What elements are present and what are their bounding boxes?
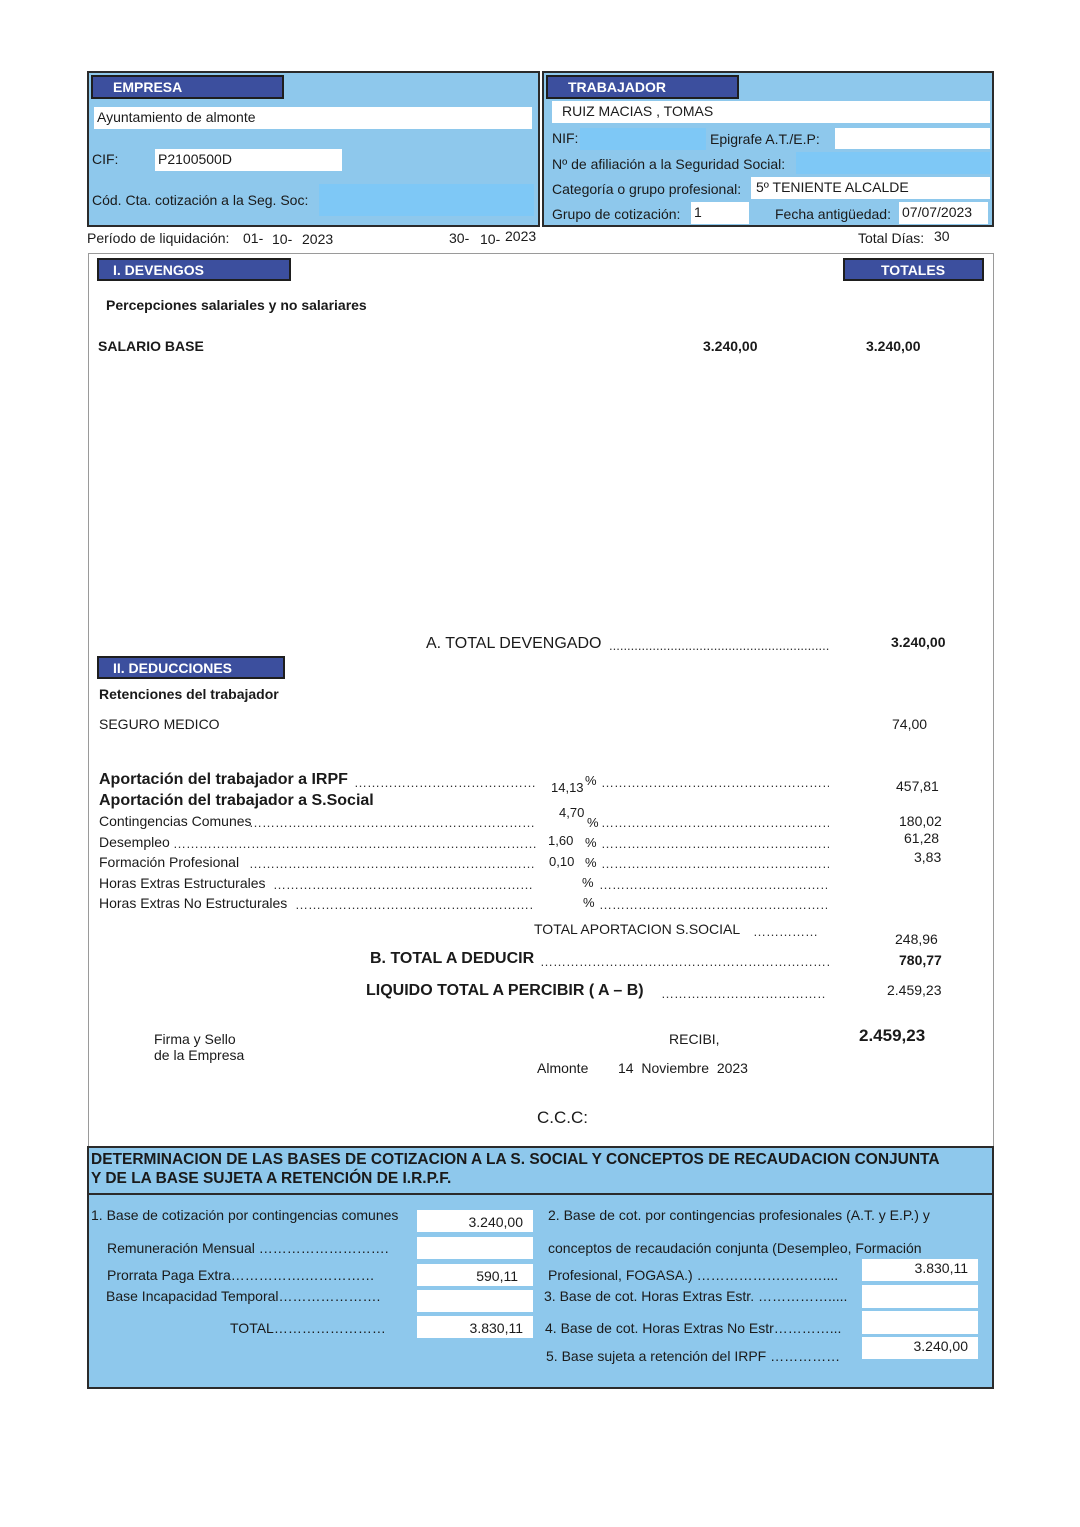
base-total-value[interactable]: 3.830,11	[417, 1316, 533, 1338]
ss-row-concept: Horas Extras Estructurales	[99, 875, 266, 891]
total-devengado-value: 3.240,00	[891, 634, 946, 650]
periodo-from-day: 01-	[243, 230, 263, 246]
total-deducir-value: 780,77	[899, 952, 942, 968]
ccc-bank-label: C.C.C:	[537, 1108, 588, 1128]
ss-row-dots: ……………………………………………………	[601, 856, 829, 871]
trabajador-panel: TRABAJADOR RUIZ MACIAS , TOMAS NIF: Epig…	[542, 71, 994, 227]
bases-title-line1: DETERMINACION DE LAS BASES DE COTIZACION…	[91, 1151, 940, 1169]
ss-row-concept: Formación Profesional	[99, 854, 239, 870]
total-deducir-label: B. TOTAL A DEDUCIR	[370, 950, 534, 968]
base-4-value[interactable]	[862, 1311, 978, 1334]
liquido-value: 2.459,23	[887, 982, 942, 998]
remuneracion-value[interactable]	[417, 1237, 533, 1259]
antiguedad-field[interactable]: 07/07/2023	[899, 202, 988, 224]
periodo-label: Período de liquidación:	[87, 230, 229, 246]
total-devengado-label: A. TOTAL DEVENGADO	[426, 635, 601, 653]
empresa-panel: EMPRESA Ayuntamiento de almonte CIF: P21…	[87, 71, 540, 227]
categoria-field[interactable]: 5º TENIENTE ALCALDE	[751, 177, 990, 199]
ss-row-dots: ……………………………………………………………	[273, 877, 533, 892]
ss-row-dots: ……………………………………………………………………………………	[173, 836, 536, 851]
epigrafe-field[interactable]	[835, 128, 990, 149]
recibi-amount: 2.459,23	[859, 1026, 925, 1046]
epigrafe-label: Epigrafe A.T./E.P:	[710, 131, 820, 147]
ss-row-dots: …………………………………………………………………	[249, 856, 536, 871]
firma-date: 14 Noviembre 2023	[618, 1060, 748, 1076]
afiliacion-label: Nº de afiliación a la Seguridad Social:	[552, 156, 785, 172]
firma-place: Almonte	[537, 1060, 588, 1076]
liquido-label: LIQUIDO TOTAL A PERCIBIR ( A – B)	[366, 982, 644, 1000]
nif-field[interactable]	[580, 128, 706, 150]
total-dias-label: Total Días:	[858, 230, 924, 246]
periodo-from-month: 10-	[272, 231, 292, 247]
bases-title-line2: Y DE LA BASE SUJETA A RETENCIÓN DE I.R.P…	[91, 1170, 451, 1188]
ss-row-pct-sign: %	[585, 855, 597, 870]
worker-name-field[interactable]: RUIZ MACIAS , TOMAS	[552, 101, 990, 123]
devengos-header: I. DEVENGOS	[97, 258, 291, 281]
prorrata-value[interactable]: 590,11	[417, 1264, 533, 1286]
ss-row-concept: Horas Extras No Estructurales	[99, 895, 287, 911]
ss-row-dots: ………………………………………………………	[295, 897, 533, 912]
ccc-field[interactable]	[319, 184, 534, 216]
periodo-to-year: 2023	[505, 228, 536, 244]
ss-row-pct-sign: %	[585, 835, 597, 850]
total-ss-value: 248,96	[895, 931, 938, 947]
base-1-value[interactable]: 3.240,00	[417, 1210, 533, 1232]
bases-divider	[89, 1193, 994, 1195]
recibi-label: RECIBI,	[669, 1031, 720, 1047]
deducciones-subtitle: Retenciones del trabajador	[99, 686, 279, 702]
firma-line2: de la Empresa	[154, 1047, 244, 1063]
base-2-line3: Profesional, FOGASA.) ………………………....	[548, 1267, 838, 1283]
grupo-label: Grupo de cotización:	[552, 206, 680, 222]
antiguedad-label: Fecha antigüedad:	[775, 206, 891, 222]
base-3-label: 3. Base de cot. Horas Extras Estr. ………………	[544, 1288, 847, 1304]
ss-label: Aportación del trabajador a S.Social	[99, 792, 374, 810]
ss-row-amount: 61,28	[904, 830, 939, 846]
cif-label: CIF:	[92, 151, 118, 167]
base-total-label: TOTAL……………………	[230, 1320, 386, 1336]
base-2-value[interactable]: 3.830,11	[862, 1259, 978, 1281]
base-4-label: 4. Base de cot. Horas Extras No Estr……………	[545, 1320, 841, 1336]
ss-row-concept: Desempleo	[99, 834, 170, 850]
base-3-value[interactable]	[862, 1285, 978, 1308]
grupo-field[interactable]: 1	[691, 202, 749, 224]
totales-header: TOTALES	[843, 258, 984, 281]
periodo-from-year: 2023	[302, 231, 333, 247]
bases-panel: DETERMINACION DE LAS BASES DE COTIZACION…	[87, 1146, 994, 1389]
ss-row-pct: 1,60	[548, 833, 573, 848]
empresa-header: EMPRESA	[91, 75, 284, 99]
cif-field[interactable]: P2100500D	[155, 149, 342, 171]
total-dias-value: 30	[934, 228, 950, 244]
base-5-label: 5. Base sujeta a retención del IRPF ……………	[546, 1348, 840, 1364]
base-5-value[interactable]: 3.240,00	[862, 1337, 978, 1359]
irpf-pct-sign: %	[585, 773, 597, 788]
incapacidad-value[interactable]	[417, 1290, 533, 1312]
payslip-body: I. DEVENGOS TOTALES Percepciones salaria…	[88, 253, 994, 1147]
irpf-pct: 14,13	[551, 780, 584, 795]
deduccion-concept: SEGURO MEDICO	[99, 716, 220, 732]
ss-row-dots: ……………………………………………………	[601, 836, 829, 851]
periodo-to-day: 30-	[449, 230, 469, 246]
ss-row-pct-sign: %	[582, 875, 594, 890]
ss-row-dots: ……………………………………………………	[599, 897, 827, 912]
deduccion-amount: 74,00	[892, 716, 927, 732]
firma-line1: Firma y Sello	[154, 1031, 236, 1047]
total-ss-dots: ……………	[753, 924, 827, 939]
ss-row-pct-sign: %	[583, 895, 595, 910]
ss-row-pct: 0,10	[549, 854, 574, 869]
afiliacion-field[interactable]	[796, 152, 990, 174]
prorrata-label: Prorrata Paga Extra…………….……………	[107, 1267, 375, 1283]
ss-row-concept: Contingencias Comunes	[99, 813, 252, 829]
periodo-to-month: 10-	[480, 231, 500, 247]
base-2-line2: conceptos de recaudación conjunta (Desem…	[548, 1240, 922, 1256]
remuneracion-label: Remuneración Mensual ……………………….	[107, 1240, 389, 1256]
ss-row-amount: 3,83	[914, 849, 941, 865]
irpf-dots-right: ……………………………………………………	[601, 775, 829, 790]
base-2-line1: 2. Base de cot. por contingencias profes…	[548, 1207, 930, 1223]
irpf-amount: 457,81	[896, 778, 939, 794]
deducciones-header: II. DEDUCCIONES	[97, 656, 285, 679]
base-1-label: 1. Base de cotización por contingencias …	[91, 1207, 398, 1223]
devengos-subtitle: Percepciones salariales y no salariares	[106, 297, 367, 313]
total-deducir-dots: ……………………………………………………………………	[540, 954, 829, 969]
ss-row-dots: …………………………………………………………………	[249, 815, 536, 830]
irpf-label: Aportación del trabajador a IRPF	[99, 771, 348, 789]
devengo-total: 3.240,00	[866, 338, 921, 354]
total-ss-label: TOTAL APORTACION S.SOCIAL	[534, 921, 740, 937]
nif-label: NIF:	[552, 130, 578, 146]
empresa-name-field[interactable]: Ayuntamiento de almonte	[94, 107, 532, 129]
liquido-dots: …………………………………	[661, 986, 827, 1001]
irpf-dots-left: ………………………………………	[354, 775, 536, 790]
ss-row-amount: 180,02	[899, 813, 942, 829]
incapacidad-label: Base Incapacidad Temporal………………….	[106, 1288, 380, 1304]
ss-row-dots: ……………………………………………………	[601, 815, 829, 830]
ss-row-pct: 4,70	[559, 805, 584, 820]
devengo-amount: 3.240,00	[703, 338, 758, 354]
categoria-label: Categoría o grupo profesional:	[552, 181, 741, 197]
ccc-label: Cód. Cta. cotización a la Seg. Soc:	[92, 192, 308, 208]
devengo-concept: SALARIO BASE	[98, 338, 204, 354]
total-devengado-dots: ........................................…	[609, 638, 829, 653]
ss-row-pct-sign: %	[587, 815, 599, 830]
ss-row-dots: ……………………………………………………	[599, 877, 827, 892]
trabajador-header: TRABAJADOR	[546, 75, 739, 99]
